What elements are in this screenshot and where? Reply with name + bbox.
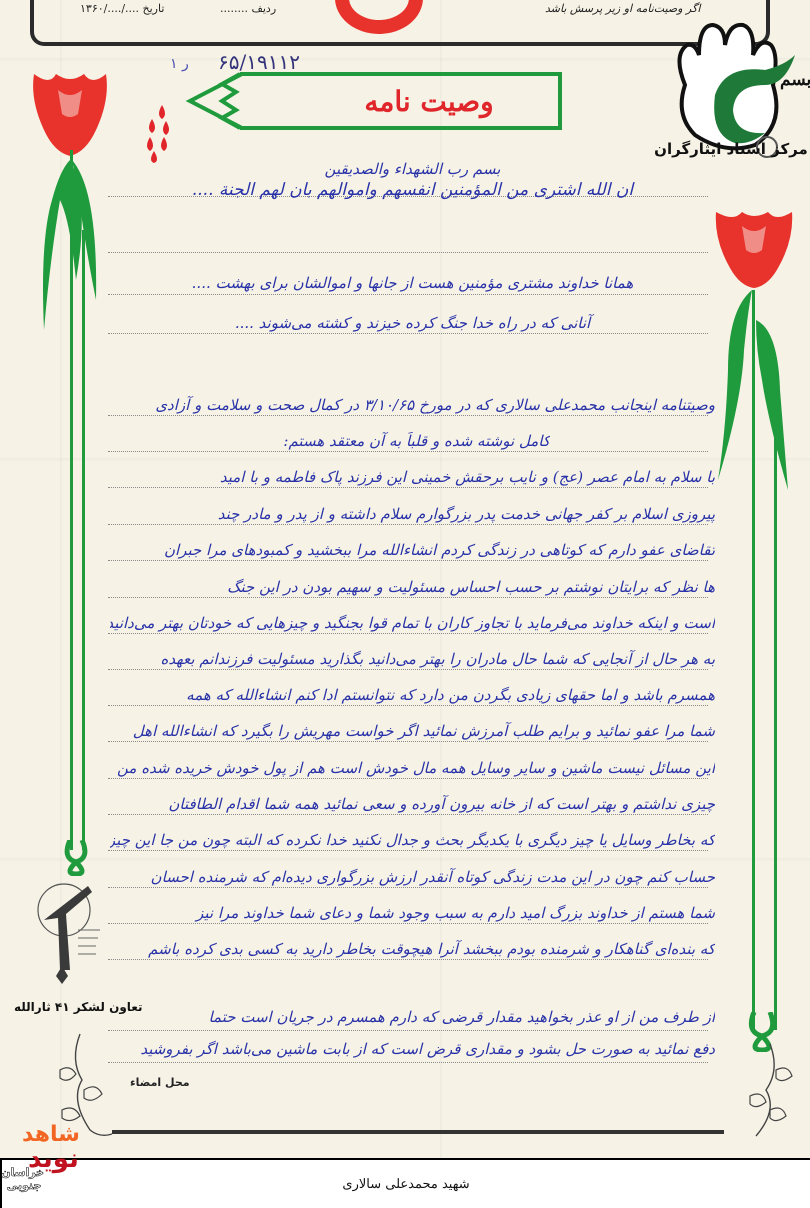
tulip-right-icon xyxy=(712,210,796,290)
handwritten-line: به هر حال از آنجایی که شما حال مادران را… xyxy=(110,650,715,668)
document-title: وصیت نامه xyxy=(304,85,493,118)
logo-bismillah: بسم xyxy=(780,70,810,90)
handwritten-line: بسم رب الشهداء والصدیقین xyxy=(110,160,715,178)
ruled-line xyxy=(108,887,708,888)
reference-number: ۶۵/۱۹۱۱۲ xyxy=(218,50,300,74)
ruled-line xyxy=(108,597,708,598)
will-document: تاریخ ..../..../۱۳۶۰ ردیف ........ اگر و… xyxy=(0,0,810,1160)
handwritten-line: که بخاطر وسایل یا چیز دیگری با یکدیگر بح… xyxy=(110,831,715,849)
header-date-field: تاریخ ..../..../۱۳۶۰ xyxy=(80,2,164,15)
handwritten-line: همسرم باشد و اما حقهای زیادی بگردن من دا… xyxy=(110,686,715,704)
handwritten-line: آنانی که در راه خدا جنگ کرده خیزند و کشت… xyxy=(110,314,715,332)
caption-bar: شهید محمدعلی سالاری xyxy=(0,1158,810,1208)
handwritten-line: که بنده‌ای گناهکار و شرمنده بودم ببخشد آ… xyxy=(110,940,715,958)
division-label: تعاون لشکر ۴۱ ثارالله xyxy=(14,1000,143,1014)
ruled-line xyxy=(108,487,708,488)
handwritten-line: ها نظر که برایتان نوشتم بر حسب احساس مسئ… xyxy=(110,578,715,596)
handwritten-line: شما هستم از خداوند بزرگ امید دارم به سبب… xyxy=(110,904,715,922)
ruled-line xyxy=(108,333,708,334)
ruled-line xyxy=(108,451,708,452)
ruled-line xyxy=(108,778,708,779)
ruled-line xyxy=(108,1030,708,1031)
site-logo: شاهد نوید خراسان جنوبی xyxy=(0,1122,110,1208)
ruled-line xyxy=(108,705,708,706)
right-border-stem-2 xyxy=(774,420,777,1030)
title-frame: وصیت نامه xyxy=(240,72,562,130)
reference-small: ۱ ر xyxy=(170,56,189,72)
ruled-line xyxy=(108,669,708,670)
ruled-line xyxy=(108,415,708,416)
caption-martyr-name: شهید محمدعلی سالاری xyxy=(342,1177,469,1192)
vine-right-icon xyxy=(720,1040,800,1140)
handwritten-line: تقاضای عفو دارم که کوتاهی در زندگی کردم … xyxy=(110,541,715,559)
handwritten-line: از طرف من از او عذر بخواهید مقدار قرضی ک… xyxy=(150,1008,715,1026)
handwritten-line: است و اینکه خداوند می‌فرماید با تجاوز کا… xyxy=(110,614,715,632)
ruled-line xyxy=(108,814,708,815)
logo-organization-name: مرکز استاد ایثارگران xyxy=(652,140,810,158)
left-border-stem xyxy=(70,150,73,850)
blood-drops-icon xyxy=(142,103,182,163)
irgc-emblem-icon xyxy=(36,870,106,990)
handwritten-line: این مسائل نیست ماشین و سایر وسایل همه ما… xyxy=(110,759,715,777)
ruled-line xyxy=(108,1062,708,1063)
ruled-line xyxy=(108,560,708,561)
handwritten-line: همانا خداوند مشتری مؤمنین هست از جانها و… xyxy=(110,274,715,292)
ruled-line xyxy=(108,633,708,634)
ruled-line xyxy=(108,923,708,924)
header-serial-field: ردیف ........ xyxy=(220,2,276,15)
handwritten-line: پیروزی اسلام بر کفر جهانی خدمت پدر بزرگو… xyxy=(110,505,715,523)
ruled-line xyxy=(108,294,708,295)
site-logo-region: خراسان جنوبی xyxy=(4,1166,44,1192)
ruled-line xyxy=(108,850,708,851)
pencil-tip-icon xyxy=(178,72,242,130)
handwritten-line: کامل نوشته شده و قلباً به آن معتقد هستم: xyxy=(110,432,550,450)
left-border-stem-2 xyxy=(82,230,85,850)
handwritten-line: ان الله اشتری من المؤمنین انفسهم وامواله… xyxy=(110,180,715,200)
ruled-line xyxy=(108,252,708,253)
header-note: اگر وصیت‌نامه او زیر پرسش باشد xyxy=(545,2,700,15)
tulip-left-icon xyxy=(30,70,110,160)
handwritten-line: شما مرا عفو نمائید و برایم طلب آمرزش نما… xyxy=(110,722,715,740)
handwritten-line: حساب کنم چون در این مدت زندگی کوتاه آنقد… xyxy=(110,868,715,886)
ruled-line xyxy=(108,741,708,742)
signature-label: محل امضاء xyxy=(130,1076,190,1089)
handwritten-line: وصیتنامه اینجانب محمدعلی سالاری که در مو… xyxy=(110,396,715,414)
ruled-line xyxy=(108,524,708,525)
handwritten-line: چیزی نداشتم و بهتر است که از خانه بیرون … xyxy=(110,795,715,813)
bottom-border-rule xyxy=(112,1130,724,1134)
handwritten-line: با سلام به امام عصر (عج) و نایب برحقش خم… xyxy=(110,468,715,486)
handwritten-line: دفع نمائید به صورت حل بشود و مقداری قرض … xyxy=(130,1040,715,1058)
ruled-line xyxy=(108,959,708,960)
right-border-stem xyxy=(752,290,755,1030)
